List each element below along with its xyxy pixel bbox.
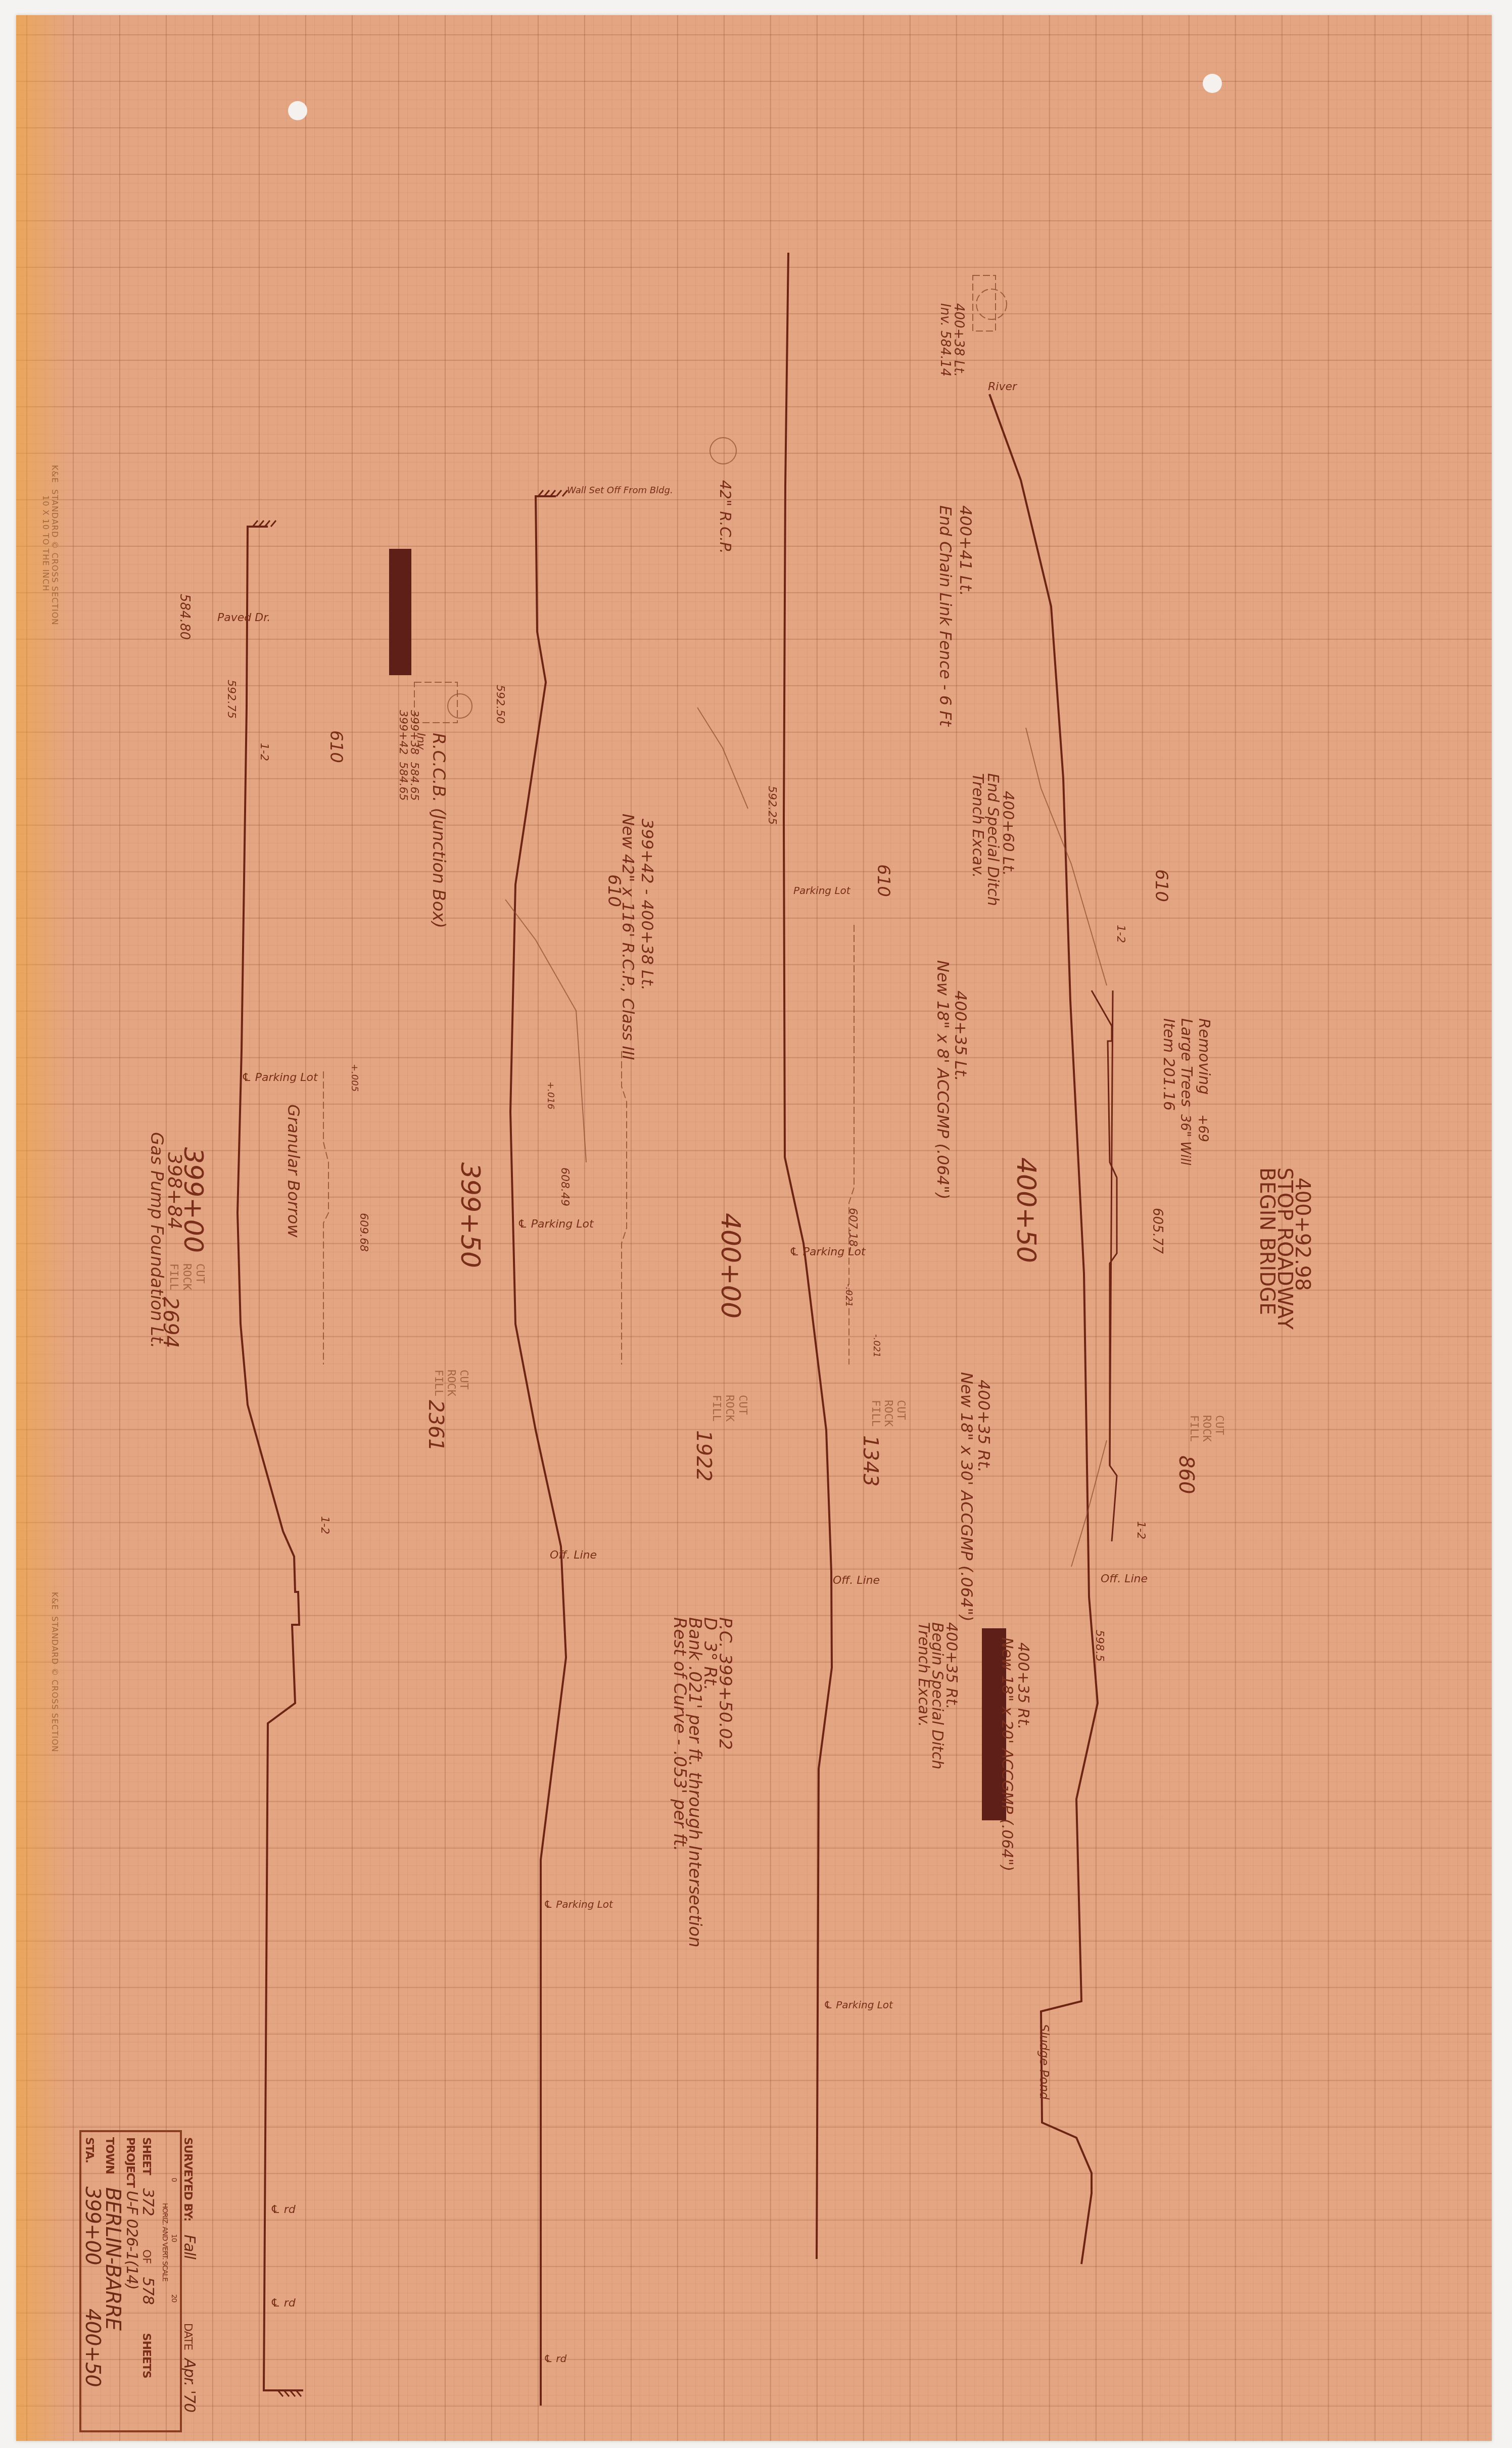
elevation-label: 607.18 [846,1208,859,1247]
fill-quantity: 860 [1174,1455,1198,1494]
fill-quantity: 2694 [159,1297,182,1348]
cut-label: CUT [894,1400,907,1420]
title-block: STA. 399+00 400+50 TOWN BERLIN-BARRE PRO… [79,2130,182,2432]
slope-label: 1-2 [1135,1521,1147,1539]
annotation: ℄ Parking Lot [242,1071,318,1084]
annotation: Off. Line [1101,1573,1148,1585]
cut-label: CUT [457,1370,470,1390]
annotation: River [988,381,1017,393]
tree-note: Item 201.16 [1160,1018,1177,1111]
project-value: U-F 026-1(14) [123,2191,140,2289]
grade-label: +.005 [349,1064,360,1092]
template-elevation: 610 [873,864,893,897]
annotation: ℄ rd [270,2203,296,2216]
fill-label: FILL [167,1263,180,1290]
station-label: 400+00 [715,1213,745,1319]
note: 400+38 Lt. [951,303,966,377]
note: End Special Ditch [984,773,1002,906]
elevation-label: 609.68 [357,1213,370,1252]
note: 400+41 Lt. [956,505,975,596]
fill-quantity: 1922 [692,1430,715,1482]
template-elevation: 610 [1151,869,1171,902]
annotation: Wall Set Off From Bldg. [567,486,673,495]
paper-brand-stamp: K&E STANDARD © CROSS SECTION [50,465,60,625]
note: R.C.C.B. (Junction Box) [429,733,449,928]
elevation-label: 584.80 [177,594,192,640]
note: 400+35 Rt. [1014,1642,1032,1729]
surveyed-by: Fall [180,2235,198,2259]
template-elevation: 610 [326,730,346,763]
elevation-label: 605.77 [1150,1208,1165,1254]
cut-label: CUT [736,1395,749,1415]
town-value: BERLIN-BARRE [101,2187,124,2330]
rock-label: ROCK [445,1370,457,1396]
annotation: Off. Line [550,1549,597,1562]
slope-label: 1-2 [258,743,270,761]
note: Trench Excav. [915,1622,932,1727]
town-row: TOWN BERLIN-BARRE [101,2137,124,2330]
elevation-label: 592.75 [225,680,238,719]
note: New 18" x 8' ACCGMP (.064") [933,960,953,1199]
fill-label: FILL [710,1395,723,1422]
tree-note: +69 [1195,1114,1210,1142]
redaction-bar [389,549,411,675]
annotation: ℄ Parking Lot [544,1898,613,1910]
note: New 18" x 30' ACCGMP (.064") [957,1372,976,1622]
rock-label: ROCK [723,1395,736,1422]
rock-label: ROCK [180,1263,193,1290]
scale-row: HORIZ. AND VERT. SCALE [161,2203,169,2281]
annotation: ℄ Parking Lot [789,1246,866,1258]
scale-ticks: 0 10 20 [170,2178,178,2302]
annotation: Parking Lot [793,884,850,897]
note: 399+42 584.65 [397,710,409,801]
fill-quantity: 2361 [424,1400,447,1451]
survey-date: Apr. '70 [180,2359,198,2413]
fill-label: FILL [1188,1415,1200,1442]
paper-brand-stamp: K&E STANDARD © CROSS SECTION [50,1592,60,1752]
slope-label: 1-2 [318,1516,331,1534]
elevation-label: 592.25 [766,786,778,825]
annotation: Sludge Pond [1037,2024,1051,2100]
pipe-note: 399+42 - 400+38 Lt. [638,819,657,991]
note: 400+35 Rt. [974,1380,994,1473]
grade-label: -.021 [871,1334,882,1358]
slope-label: 1-2 [1114,925,1127,943]
station-label: 399+50 [455,1162,485,1268]
annotation: ℄ rd [270,2297,296,2310]
annotation: ℄ Parking Lot [517,1218,594,1231]
fill-label: FILL [869,1400,882,1427]
station-label: 400+50 [1011,1157,1041,1263]
note: Inv. 584.14 [937,303,953,376]
rock-label: ROCK [882,1400,894,1427]
paper-brand-stamp: 10 X 10 TO THE INCH [41,495,51,591]
note: New 18" x 20' ACCGMP (.064") [998,1637,1016,1871]
note: End Chain Link Fence - 6 Ft [936,505,955,726]
sheet-row: SHEET 372 OF 578 SHEETS [139,2137,157,2378]
annotation: ℄ rd [544,2352,566,2365]
annotation: Granular Borrow [284,1104,303,1238]
sheets-total: 578 [139,2277,157,2304]
annotation: Off. Line [833,1574,880,1587]
note: Trench Excav. [969,773,986,878]
elevation-label: 598.5 [1093,1630,1106,1662]
note: 400+35 Lt. [951,991,970,1081]
surveyed-row: SURVEYED BY: Fall DATE Apr. '70 [180,2137,198,2412]
grade-label: +.016 [545,1081,556,1109]
annotation: Paved Dr. [217,611,270,624]
note: 42" R.C.P. [716,480,734,554]
curve-note: Rest of Curve - .053' per ft. [670,1617,690,1851]
tree-note: Removing [1195,1018,1213,1095]
note: 399+38 584.65 [408,710,420,801]
fill-label: FILL [432,1370,445,1396]
pipe-note: New 42" x 116' R.C.P., Class III [619,814,638,1060]
fill-quantity: 1343 [859,1435,882,1487]
grade-label: -.021 [843,1284,854,1307]
cut-label: CUT [194,1263,206,1284]
elevation-label: 608.49 [558,1167,571,1206]
annotation: ℄ Parking Lot [824,1999,893,2011]
rock-label: ROCK [1200,1415,1213,1442]
note: 400+60 Lt. [999,791,1017,876]
elevation-label: 592.50 [494,685,506,724]
tree-note: Large Trees [1177,1018,1195,1107]
project-row: PROJECT U-F 026-1(14) [123,2137,140,2289]
sheet-number: 372 [139,2188,157,2216]
cut-label: CUT [1213,1415,1225,1435]
note: BEGIN BRIDGE [1255,1167,1279,1315]
note: 398+84 [164,1152,186,1230]
tree-note: 36" Will [1177,1114,1193,1165]
